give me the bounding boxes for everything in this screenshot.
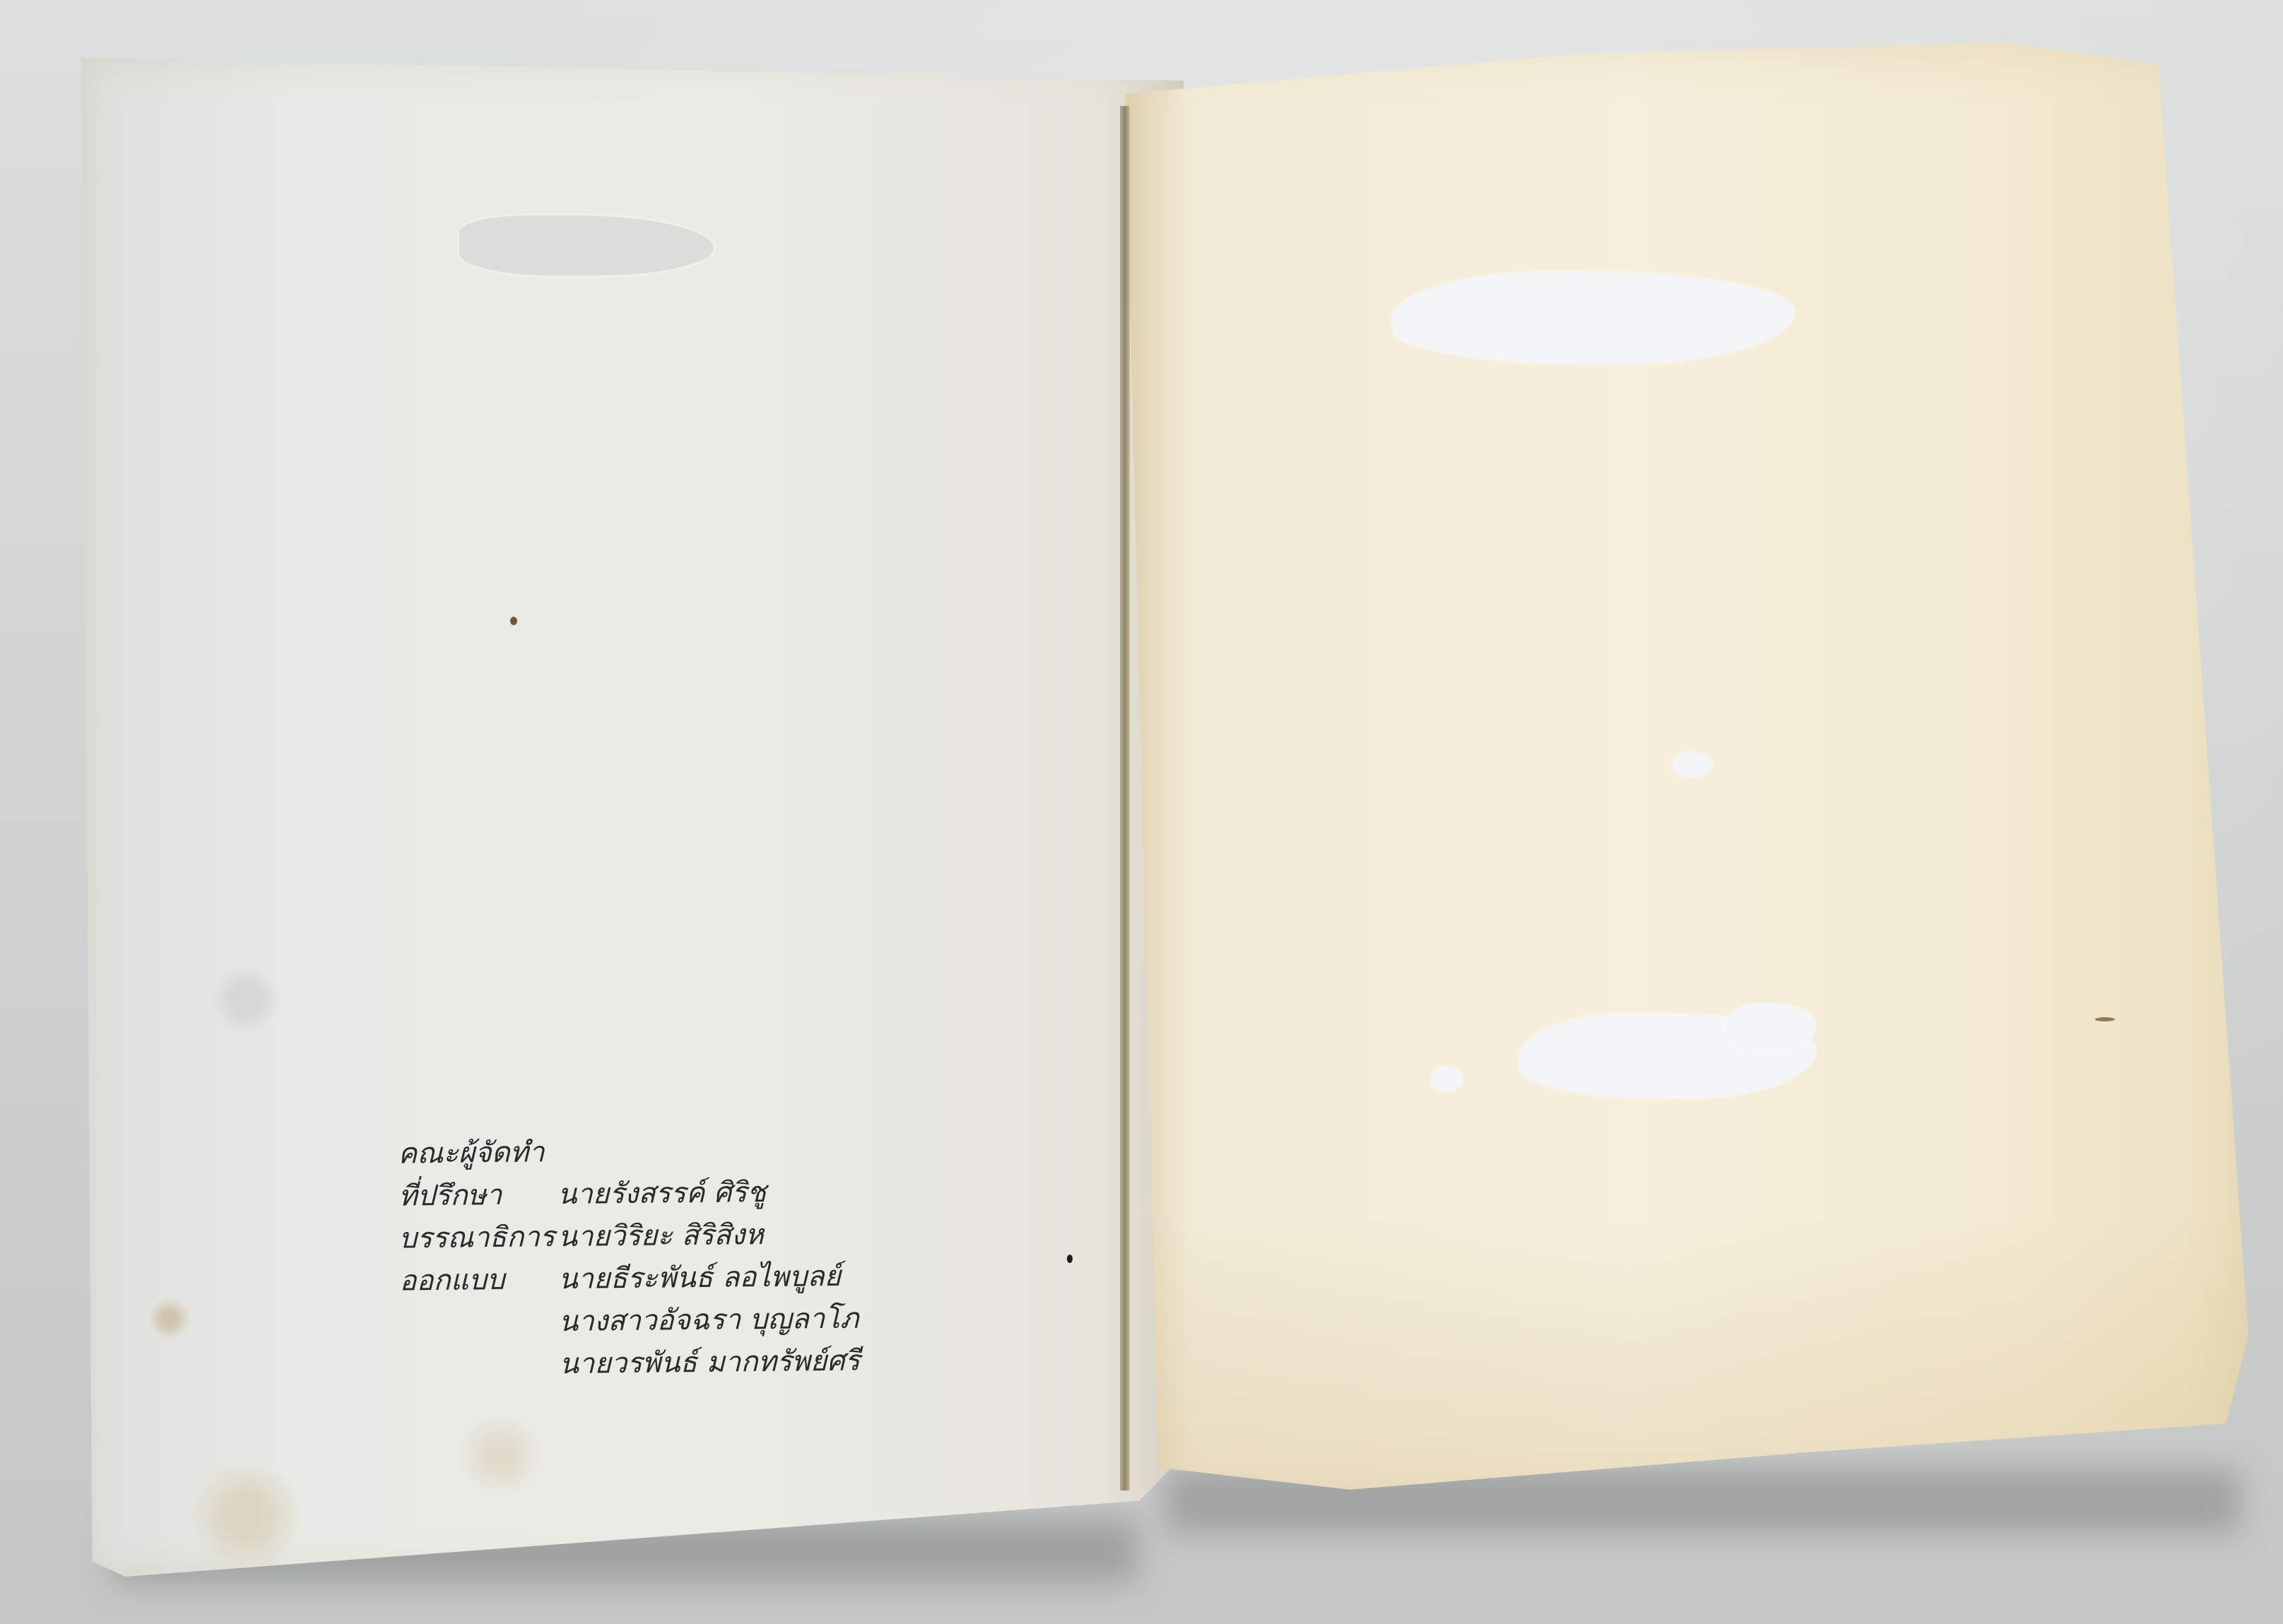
credit-row-design: ออกแบบ นายธีระพันธ์ ลอไพบูลย์ นางสาวอัจฉ…	[399, 1255, 860, 1387]
paper-speck	[1067, 1255, 1073, 1263]
right-page-tear-fleck	[1431, 1067, 1463, 1091]
credit-name: นายวิริยะ สิริสิงห	[558, 1214, 764, 1258]
credit-row-advisor: ที่ปรึกษา นายรังสรรค์ ศิริชู	[399, 1170, 859, 1218]
credit-name: นายธีระพันธ์ ลอไพบูลย์	[558, 1255, 859, 1300]
credit-role: ที่ปรึกษา	[399, 1173, 558, 1217]
right-page-tear-patch-top	[1392, 272, 1795, 364]
credit-name: นายรังสรรค์ ศิริชู	[558, 1171, 767, 1216]
paper-speck	[510, 617, 517, 625]
credit-row-editor: บรรณาธิการ นายวิริยะ สิริสิงห	[399, 1213, 859, 1260]
right-page-tear-patch-bottom-b	[1724, 1003, 1816, 1053]
right-page-tear-small	[1673, 752, 1712, 777]
credits-heading: คณะผู้จัดทำ	[398, 1128, 858, 1175]
credit-role: ออกแบบ	[399, 1258, 560, 1387]
credit-name: นางสาวอัจฉรา บุญลาโภ	[559, 1298, 860, 1343]
paper-speck	[2095, 1017, 2115, 1021]
book-spine	[1120, 106, 1130, 1490]
credit-role: บรรณาธิการ	[399, 1216, 558, 1260]
credits-block: คณะผู้จัดทำ ที่ปรึกษา นายรังสรรค์ ศิริชู…	[398, 1128, 860, 1387]
right-page	[1125, 42, 2248, 1512]
credit-name: นายวรพันธ์ มากทรัพย์ศรี	[559, 1340, 860, 1385]
